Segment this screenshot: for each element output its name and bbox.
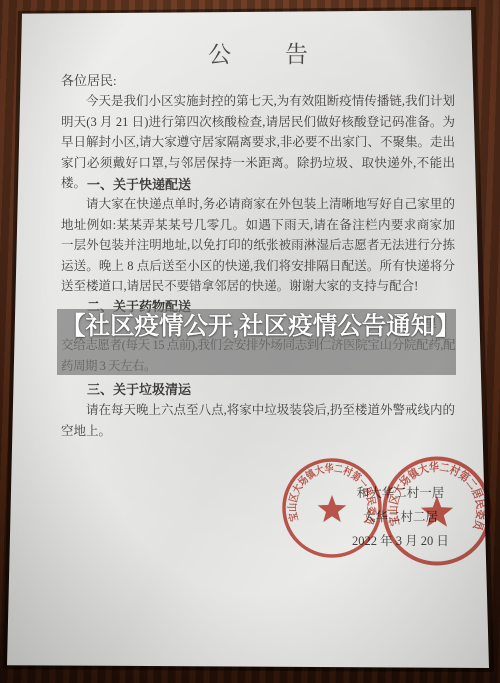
- official-seal-left-icon: 宝山区大场镇大华二村第一居民委员会: [281, 457, 383, 559]
- salutation: 各位居民:: [61, 70, 117, 89]
- seal-right-star-icon: [421, 496, 453, 527]
- seal-left-star-icon: [318, 495, 347, 522]
- caption-headline: 【社区疫情公开,社区疫情公告通知】: [57, 309, 456, 342]
- section-1-heading: 一、关于快递配送: [61, 174, 191, 193]
- official-seal-right-icon: 宝山区大场镇大华二村第二居民委员会: [381, 455, 493, 567]
- photo-background: 公 告 各位居民: 今天是我们小区实施封控的第七天,为有效阻断疫情传播链,我们计…: [0, 0, 500, 683]
- section-3-paragraph: 请在每天晚上六点至八点,将家中垃圾装袋后,扔至楼道外警戒线内的空地上。: [61, 400, 455, 441]
- notice-title: 公 告: [61, 36, 455, 69]
- section-1-paragraph: 请大家在快递点单时,务必请商家在外包装上清晰地写好自己家里的地址例如:某某弄某某…: [61, 194, 455, 297]
- caption-overlay: 【社区疫情公开,社区疫情公告通知】: [57, 309, 456, 375]
- section-3-heading: 三、关于垃圾清运: [61, 379, 191, 398]
